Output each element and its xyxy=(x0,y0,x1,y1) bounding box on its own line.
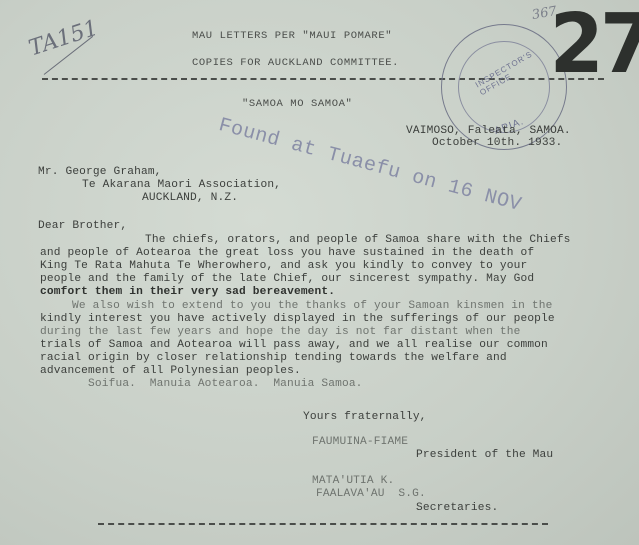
header-subtitle: COPIES FOR AUCKLAND COMMITTEE. xyxy=(192,57,399,70)
president-title: President of the Mau xyxy=(416,449,553,462)
header-title: MAU LETTERS PER "MAUI POMARE" xyxy=(192,30,392,43)
body-line: people and the family of the late Chief,… xyxy=(40,273,534,286)
president-name: FAUMUINA-FIAME xyxy=(312,436,408,449)
salutation: Dear Brother, xyxy=(38,220,127,233)
recipient-name: Mr. George Graham, xyxy=(38,166,162,179)
body-line: comfort them in their very sad bereaveme… xyxy=(40,286,335,299)
letter-page: TA151 MAU LETTERS PER "MAUI POMARE" COPI… xyxy=(0,0,639,545)
body-line: advancement of all Polynesian peoples. xyxy=(40,365,301,378)
folio-number: 27 xyxy=(550,4,639,86)
secretaries-title: Secretaries. xyxy=(416,502,498,515)
body-line: and people of Aotearoa the great loss yo… xyxy=(40,247,534,260)
body-line: trials of Samoa and Aotearoa will pass a… xyxy=(40,339,548,352)
letter-date: October 10th. 1933. xyxy=(432,137,562,150)
motto: "SAMOA MO SAMOA" xyxy=(242,98,352,111)
body-line: The chiefs, orators, and people of Samoa… xyxy=(145,234,571,247)
body-line: racial origin by closer relationship ten… xyxy=(40,352,507,365)
secretary-name-1: MATA'UTIA K. xyxy=(312,475,394,488)
recipient-organisation: Te Akarana Maori Association, xyxy=(82,179,281,192)
body-line: We also wish to extend to you the thanks… xyxy=(72,300,552,313)
body-line: kindly interest you have actively displa… xyxy=(40,313,555,326)
secretary-name-2: FAALAVA'AU S.G. xyxy=(316,488,426,501)
footer-divider xyxy=(98,523,548,525)
recipient-city: AUCKLAND, N.Z. xyxy=(142,192,238,205)
body-line: Soifua. Manuia Aotearoa. Manuia Samoa. xyxy=(88,378,363,391)
closing: Yours fraternally, xyxy=(303,411,427,424)
body-line: during the last few years and hope the d… xyxy=(40,326,520,339)
body-line: King Te Rata Mahuta Te Wherowhero, and a… xyxy=(40,260,527,273)
